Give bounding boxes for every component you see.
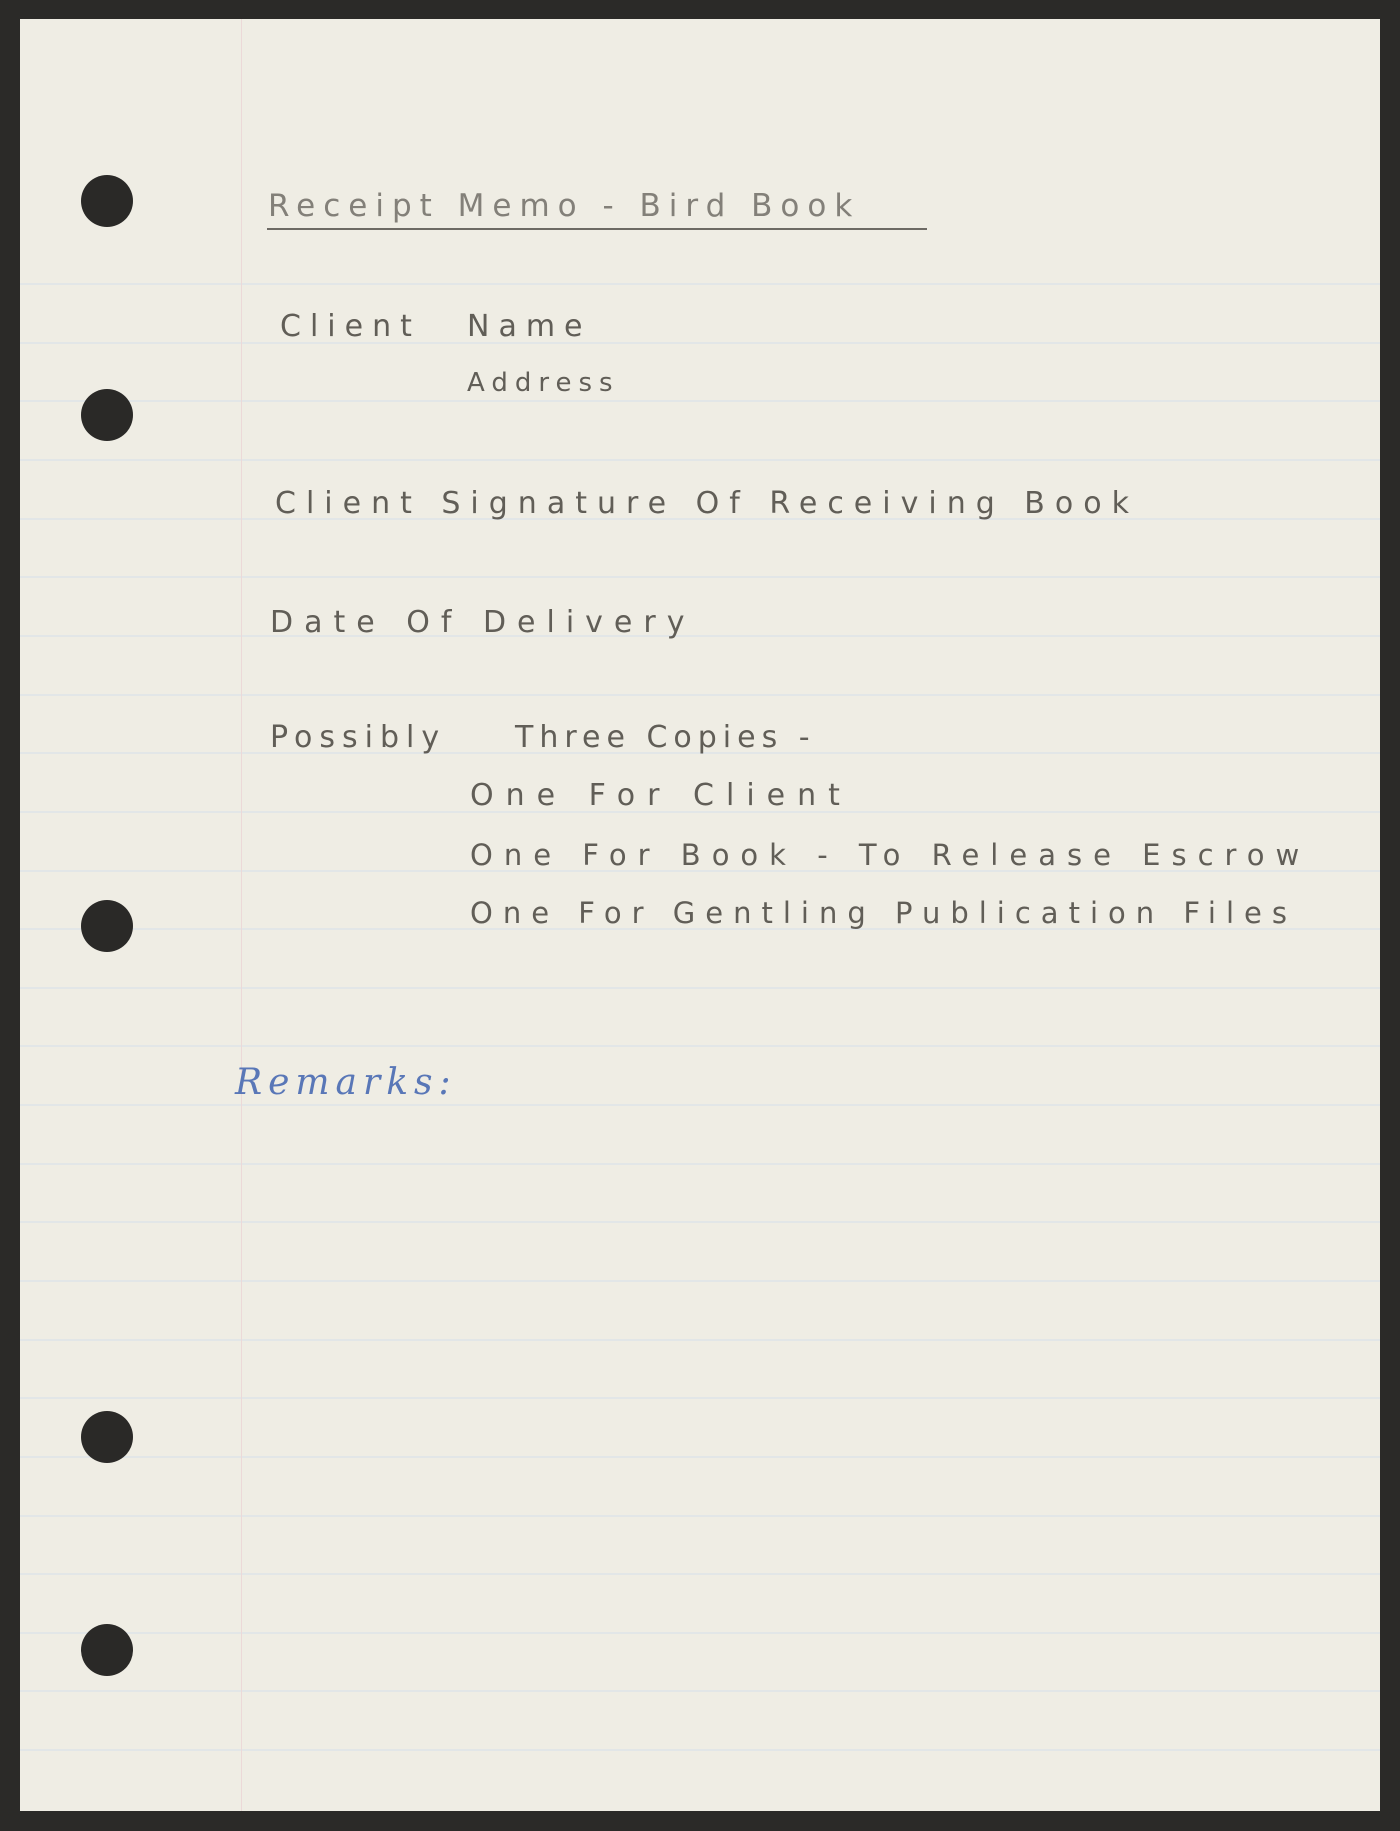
ruled-line	[20, 1339, 1380, 1341]
copy-item-publication-files: One For Gentling Publication Files	[470, 899, 1297, 928]
ruled-line	[20, 1221, 1380, 1223]
ruled-line	[20, 459, 1380, 461]
ruled-line	[20, 1456, 1380, 1458]
copies-intro-three-copies: Three Copies -	[515, 723, 816, 753]
ruled-line	[20, 1690, 1380, 1692]
title-underline	[267, 228, 927, 230]
address-field-label: Address	[467, 370, 620, 396]
ruled-line	[20, 987, 1380, 989]
hole-punch	[81, 1411, 133, 1463]
hole-punch	[81, 900, 133, 952]
ruled-line	[20, 694, 1380, 696]
margin-line	[241, 19, 242, 1811]
signature-line: Client Signature Of Receiving Book	[275, 489, 1139, 519]
client-label: Client	[280, 312, 421, 342]
copies-intro-possibly: Possibly	[270, 723, 446, 753]
ruled-line	[20, 1163, 1380, 1165]
ruled-line	[20, 400, 1380, 402]
ruled-line	[20, 1397, 1380, 1399]
notebook-page: Receipt Memo - Bird Book Client Name Add…	[20, 19, 1380, 1811]
memo-title: Receipt Memo - Bird Book	[268, 191, 860, 222]
remarks-label: Remarks:	[235, 1065, 457, 1101]
hole-punch	[81, 1624, 133, 1676]
name-field-label: Name	[467, 312, 592, 342]
ruled-line	[20, 342, 1380, 344]
ruled-line	[20, 1280, 1380, 1282]
copy-item-book-escrow: One For Book - To Release Escrow	[470, 841, 1310, 870]
hole-punch	[81, 175, 133, 227]
ruled-line	[20, 635, 1380, 637]
copy-item-client: One For Client	[470, 781, 852, 811]
hole-punch	[81, 389, 133, 441]
date-of-delivery-line: Date Of Delivery	[270, 608, 695, 638]
ruled-line	[20, 1632, 1380, 1634]
ruled-line	[20, 283, 1380, 285]
ruled-line	[20, 1573, 1380, 1575]
ruled-line	[20, 1045, 1380, 1047]
ruled-line	[20, 1749, 1380, 1751]
ruled-line	[20, 1104, 1380, 1106]
ruled-line	[20, 1515, 1380, 1517]
ruled-line	[20, 576, 1380, 578]
